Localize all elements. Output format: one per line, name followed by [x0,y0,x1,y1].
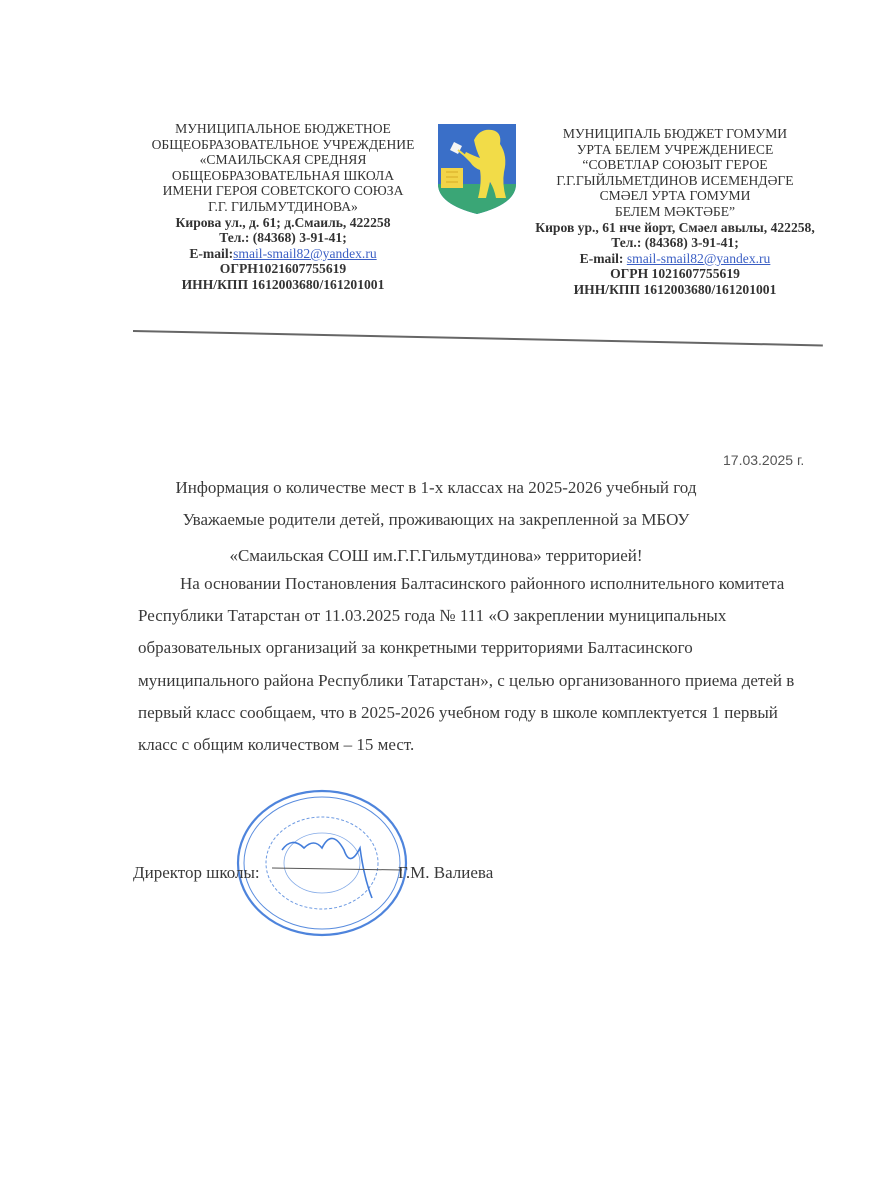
body-text-line: На основании Постановления Балтасинского… [180,574,784,594]
coat-of-arms-bear-icon [436,122,518,216]
org-inn-kpp: ИНН/КПП 1612003680/161201001 [510,282,840,298]
org-name-line: Г.Г. ГИЛЬМУТДИНОВА» [138,199,428,215]
org-ogrn: ОГРН1021607755619 [138,261,428,277]
org-name-line: УРТА БЕЛЕМ УЧРЕЖДЕНИЕСЕ [510,142,840,158]
org-email-row: E-mail: smail-smail82@yandex.ru [510,251,840,267]
greeting-line: Уважаемые родители детей, проживающих на… [0,510,872,530]
org-name-line: ОБЩЕОБРАЗОВАТЕЛЬНОЕ УЧРЕЖДЕНИЕ [138,137,428,153]
org-ogrn: ОГРН 1021607755619 [510,266,840,282]
org-phone: Тел.: (84368) 3-91-41; [138,230,428,246]
document-date: 17.03.2025 г. [723,452,804,468]
org-name-line: БЕЛЕМ МӘКТӘБЕ” [510,204,840,220]
body-text-line: Республики Татарстан от 11.03.2025 года … [138,606,726,626]
org-address: Киров ур., 61 нче йорт, Смәел авылы, 422… [510,220,840,236]
header-right-org-block: МУНИЦИПАЛЬ БЮДЖЕТ ГОМУМИ УРТА БЕЛЕМ УЧРЕ… [510,126,840,298]
document-title: Информация о количестве мест в 1-х класс… [0,478,872,498]
email-label: E-mail: [189,246,233,261]
email-label: E-mail: [580,251,627,266]
body-text-line: класс с общим количеством – 15 мест. [138,735,414,755]
org-name-line: МУНИЦИПАЛЬНОЕ БЮДЖЕТНОЕ [138,121,428,137]
body-text-line: муниципального района Республики Татарст… [138,671,794,691]
org-address: Кирова ул., д. 61; д.Смаиль, 422258 [138,215,428,231]
org-email-row: E-mail:smail-smail82@yandex.ru [138,246,428,262]
signatory-name: Г.М. Валиева [398,863,493,883]
org-name-line: МУНИЦИПАЛЬ БЮДЖЕТ ГОМУМИ [510,126,840,142]
org-phone: Тел.: (84368) 3-91-41; [510,235,840,251]
org-name-line: ОБЩЕОБРАЗОВАТЕЛЬНАЯ ШКОЛА [138,168,428,184]
greeting-line: «Смаильская СОШ им.Г.Г.Гильмутдинова» те… [0,546,872,566]
org-name-line: “СОВЕТЛАР СОЮЗЫТ ГЕРОЕ [510,157,840,173]
signature-label: Директор школы: [133,863,260,883]
org-name-line: ИМЕНИ ГЕРОЯ СОВЕТСКОГО СОЮЗА [138,183,428,199]
header-left-org-block: МУНИЦИПАЛЬНОЕ БЮДЖЕТНОЕ ОБЩЕОБРАЗОВАТЕЛЬ… [138,121,428,293]
email-link[interactable]: smail-smail82@yandex.ru [233,246,377,261]
email-link[interactable]: smail-smail82@yandex.ru [627,251,771,266]
org-name-line: «СМАИЛЬСКАЯ СРЕДНЯЯ [138,152,428,168]
body-text-line: образовательных организаций за конкретны… [138,638,693,658]
body-text-line: первый класс сообщаем, что в 2025-2026 у… [138,703,778,723]
org-name-line: СМӘЕЛ УРТА ГОМУМИ [510,188,840,204]
org-inn-kpp: ИНН/КПП 1612003680/161201001 [138,277,428,293]
org-name-line: Г.Г.ГЫЙЛЬМЕТДИНОВ ИСЕМЕНДӘГЕ [510,173,840,189]
header-divider [133,330,823,346]
